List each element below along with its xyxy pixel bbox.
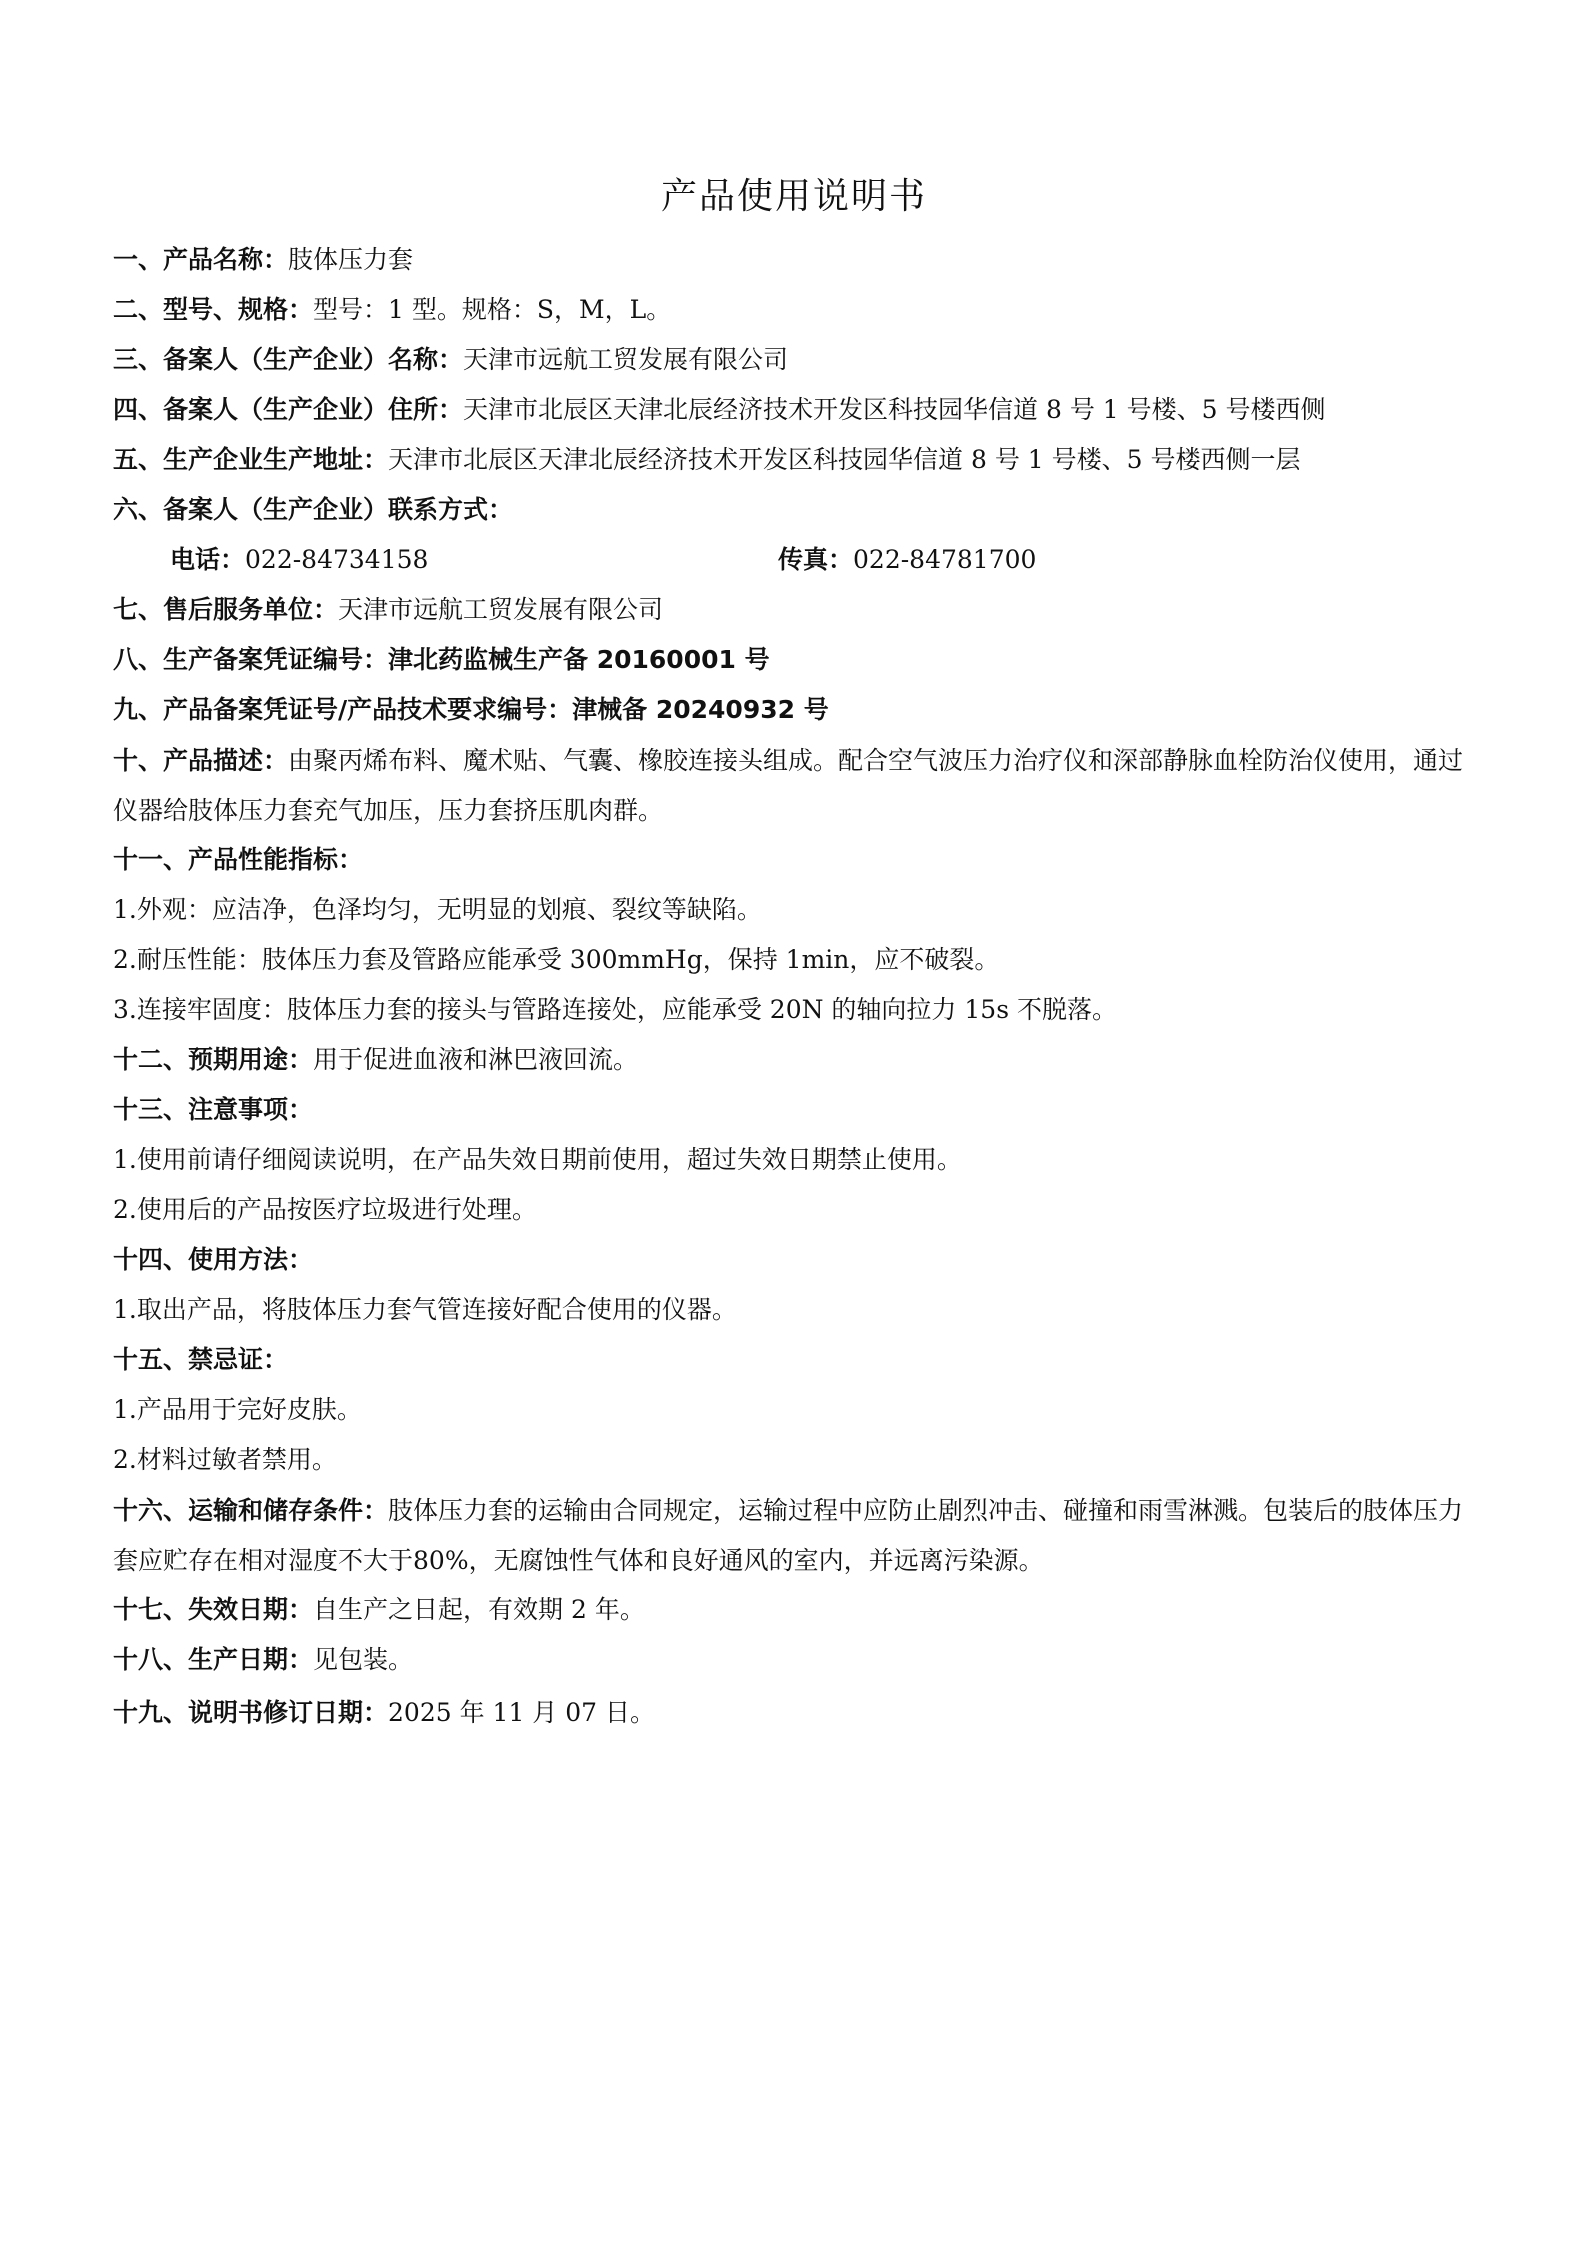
contraindication-item: 1.产品用于完好皮肤。: [113, 1394, 362, 1426]
section-heading: 六、备案人（生产企业）联系方式：: [113, 495, 513, 524]
section-heading: 十五、禁忌证：: [113, 1345, 288, 1374]
phone-number: 022-84734158: [245, 545, 428, 574]
contraindication-item: 2.材料过敏者禁用。: [113, 1444, 337, 1476]
section-heading: 五、生产企业生产地址：: [113, 445, 388, 474]
performance-item: 3.连接牢固度：肢体压力套的接头与管路连接处，应能承受 20N 的轴向拉力 15…: [113, 994, 1117, 1026]
section-value: 见包装。: [313, 1645, 413, 1674]
section-production-cert: 八、生产备案凭证编号：津北药监械生产备 20160001 号: [113, 644, 770, 676]
section-heading: 十三、注意事项：: [113, 1095, 313, 1124]
section-value: 天津市远航工贸发展有限公司: [463, 345, 788, 374]
section-heading: 十四、使用方法：: [113, 1245, 313, 1274]
contact-row: 电话：022-84734158 传真：022-84781700: [170, 544, 428, 576]
section-heading: 八、生产备案凭证编号：: [113, 645, 388, 674]
section-heading: 九、产品备案凭证号/产品技术要求编号：: [113, 695, 572, 724]
section-heading: 一、产品名称：: [113, 245, 288, 274]
section-value: 天津市远航工贸发展有限公司: [338, 595, 663, 624]
section-value: 2025 年 11 月 07 日。: [388, 1698, 655, 1727]
section-transport-storage: 十六、运输和储存条件：肢体压力套的运输由合同规定，运输过程中应防止剧烈冲击、碰撞…: [113, 1486, 1478, 1586]
section-usage: 十四、使用方法：: [113, 1244, 313, 1276]
section-expiry: 十七、失效日期：自生产之日起，有效期 2 年。: [113, 1594, 645, 1626]
section-heading: 三、备案人（生产企业）名称：: [113, 345, 463, 374]
section-heading: 二、型号、规格：: [113, 295, 313, 324]
section-heading: 十九、说明书修订日期：: [113, 1698, 388, 1727]
section-description: 十、产品描述：由聚丙烯布料、魔术贴、气囊、橡胶连接头组成。配合空气波压力治疗仪和…: [113, 736, 1478, 836]
section-after-sales: 七、售后服务单位：天津市远航工贸发展有限公司: [113, 594, 663, 626]
section-value: 津械备 20240932 号: [572, 695, 829, 724]
performance-item: 1.外观：应洁净，色泽均匀，无明显的划痕、裂纹等缺陷。: [113, 894, 762, 926]
section-heading: 四、备案人（生产企业）住所：: [113, 395, 463, 424]
section-contact: 六、备案人（生产企业）联系方式：: [113, 494, 513, 526]
section-registrant-name: 三、备案人（生产企业）名称：天津市远航工贸发展有限公司: [113, 344, 788, 376]
section-intended-use: 十二、预期用途：用于促进血液和淋巴液回流。: [113, 1044, 638, 1076]
section-heading: 十七、失效日期：: [113, 1595, 313, 1624]
section-production-address: 五、生产企业生产地址：天津市北辰区天津北辰经济技术开发区科技园华信道 8 号 1…: [113, 444, 1300, 476]
document-title: 产品使用说明书: [0, 168, 1588, 219]
section-product-cert: 九、产品备案凭证号/产品技术要求编号：津械备 20240932 号: [113, 694, 829, 726]
section-heading: 七、售后服务单位：: [113, 595, 338, 624]
section-model-spec: 二、型号、规格：型号：1 型。规格：S，M，L。: [113, 294, 671, 326]
section-value: 天津市北辰区天津北辰经济技术开发区科技园华信道 8 号 1 号楼、5 号楼西侧一…: [388, 445, 1300, 474]
section-value: 肢体压力套: [288, 245, 413, 274]
usage-item: 1.取出产品，将肢体压力套气管连接好配合使用的仪器。: [113, 1294, 737, 1326]
section-value: 用于促进血液和淋巴液回流。: [313, 1045, 638, 1074]
section-registrant-address: 四、备案人（生产企业）住所：天津市北辰区天津北辰经济技术开发区科技园华信道 8 …: [113, 394, 1325, 426]
section-value: 由聚丙烯布料、魔术贴、气囊、橡胶连接头组成。配合空气波压力治疗仪和深部静脉血栓防…: [113, 746, 1463, 825]
section-heading: 十一、产品性能指标：: [113, 845, 363, 874]
performance-item: 2.耐压性能：肢体压力套及管路应能承受 300mmHg，保持 1min，应不破裂…: [113, 944, 999, 976]
section-value: 天津市北辰区天津北辰经济技术开发区科技园华信道 8 号 1 号楼、5 号楼西侧: [463, 395, 1325, 424]
section-heading: 十、产品描述：: [113, 746, 288, 775]
fax-number: 022-84781700: [853, 545, 1036, 574]
fax-group: 传真：022-84781700: [778, 544, 1036, 576]
section-performance: 十一、产品性能指标：: [113, 844, 363, 876]
fax-label: 传真：: [778, 545, 853, 574]
precaution-item: 2.使用后的产品按医疗垃圾进行处理。: [113, 1194, 537, 1226]
section-contraindications: 十五、禁忌证：: [113, 1344, 288, 1376]
section-heading: 十二、预期用途：: [113, 1045, 313, 1074]
section-precautions: 十三、注意事项：: [113, 1094, 313, 1126]
precaution-item: 1.使用前请仔细阅读说明，在产品失效日期前使用，超过失效日期禁止使用。: [113, 1144, 962, 1176]
section-revision-date: 十九、说明书修订日期：2025 年 11 月 07 日。: [113, 1697, 655, 1729]
section-heading: 十八、生产日期：: [113, 1645, 313, 1674]
section-value: 自生产之日起，有效期 2 年。: [313, 1595, 645, 1624]
section-product-name: 一、产品名称：肢体压力套: [113, 244, 413, 276]
section-value: 型号：1 型。规格：S，M，L。: [313, 295, 671, 324]
section-heading: 十六、运输和储存条件：: [113, 1496, 388, 1525]
section-value: 津北药监械生产备 20160001 号: [388, 645, 770, 674]
phone-label: 电话：: [170, 545, 245, 574]
section-production-date: 十八、生产日期：见包装。: [113, 1644, 413, 1676]
